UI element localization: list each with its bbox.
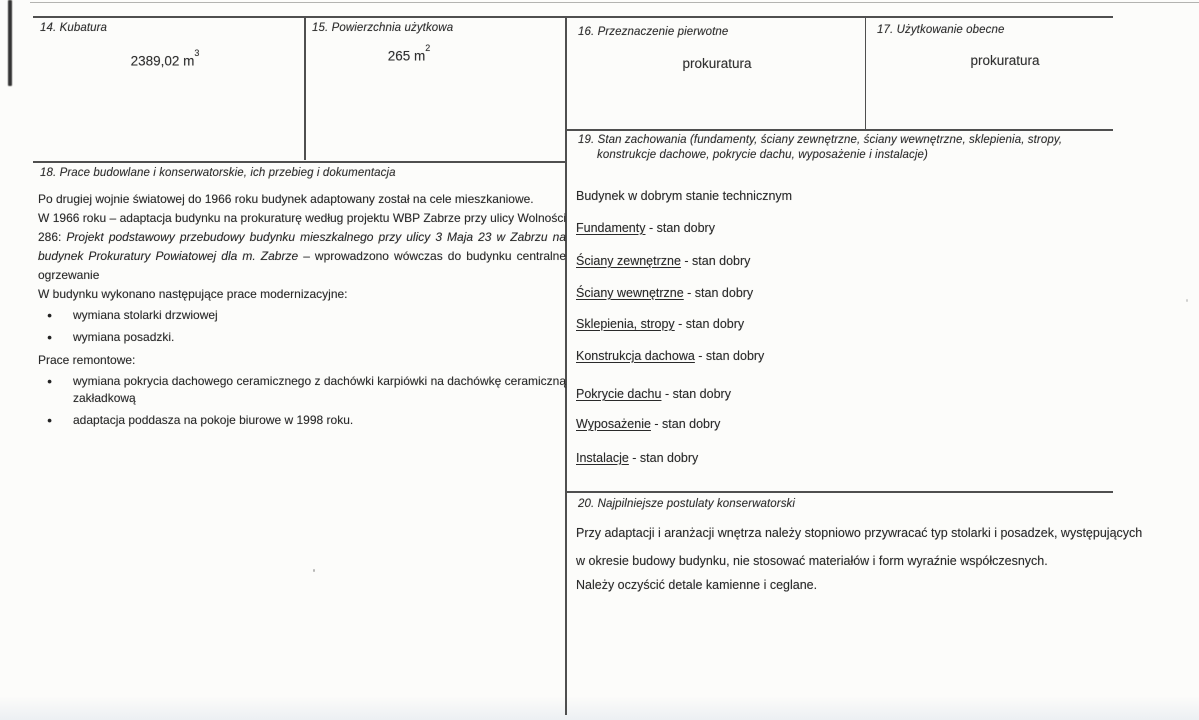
row-top-line [33, 16, 1113, 18]
bullet-icon: ● [47, 307, 59, 324]
condition-term: Fundamenty [576, 221, 645, 235]
condition-value: - stan dobry [681, 254, 750, 268]
field15-value: 265 m2 [344, 47, 474, 64]
condition-value: - stan dobry [675, 317, 744, 331]
condition-term: Wyposażenie [576, 417, 651, 431]
condition-term: Pokrycie dachu [576, 387, 661, 401]
field18-body: Po drugiej wojnie światowej do 1966 roku… [38, 190, 566, 434]
list-item-text: wymiana stolarki drzwiowej [73, 307, 566, 324]
condition-item: Konstrukcja dachowa - stan dobry [576, 349, 764, 363]
field16-label: 16. Przeznaczenie pierwotne [578, 26, 728, 38]
field20-label: 20. Najpilniejsze postulaty konserwators… [578, 498, 795, 510]
condition-term: Sklepienia, stropy [576, 317, 675, 331]
condition-item: Instalacje - stan dobry [576, 451, 698, 465]
field19-label-line1: 19. Stan zachowania (fundamenty, ściany … [578, 134, 1062, 146]
scan-page-bottom-shadow [0, 696, 1199, 720]
field19-top-line [567, 129, 1113, 131]
field15-value-sup: 2 [425, 43, 430, 53]
list-item-text: wymiana posadzki. [73, 329, 566, 346]
field20-line1: Przy adaptacji i aranżacji wnętrza należ… [576, 526, 1142, 540]
scan-speck [313, 569, 315, 572]
field15-label: 15. Powierzchnia użytkowa [312, 22, 453, 34]
scan-edge-artifact [8, 0, 12, 86]
field19-intro: Budynek w dobrym stanie technicznym [576, 189, 792, 203]
condition-value: - stan dobry [651, 417, 720, 431]
field18-paragraph-2: W 1966 roku – adaptacja budynku na proku… [38, 209, 566, 285]
field18-paragraph-1: Po drugiej wojnie światowej do 1966 roku… [38, 190, 566, 209]
field17-value: prokuratura [940, 53, 1070, 68]
heritage-record-card-page: 14. Kubatura 2389,02 m3 15. Powierzchnia… [0, 0, 1199, 720]
field16-value: prokuratura [652, 56, 782, 71]
condition-value: - stan dobry [684, 286, 753, 300]
condition-value: - stan dobry [645, 221, 714, 235]
field14-value-text: 2389,02 m [131, 54, 195, 69]
condition-item: Ściany wewnętrzne - stan dobry [576, 286, 753, 300]
condition-item: Ściany zewnętrzne - stan dobry [576, 254, 750, 268]
scan-speck [1186, 299, 1188, 302]
divider-14-15 [304, 17, 306, 160]
field20-line3: Należy oczyścić detale kamienne i ceglan… [576, 578, 817, 592]
condition-value: - stan dobry [629, 451, 698, 465]
bullet-icon: ● [47, 412, 59, 429]
list-item: ● wymiana stolarki drzwiowej [38, 307, 566, 324]
condition-term: Instalacje [576, 451, 629, 465]
field18-paragraph-3: W budynku wykonano następujące prace mod… [38, 285, 566, 304]
list-item: ● wymiana posadzki. [38, 329, 566, 346]
condition-value: - stan dobry [695, 349, 764, 363]
condition-term: Ściany wewnętrzne [576, 286, 684, 300]
field20-top-line [567, 491, 1113, 493]
renovation-works-list: ● wymiana pokrycia dachowego ceramiczneg… [38, 373, 566, 429]
condition-item: Wyposażenie - stan dobry [576, 417, 720, 431]
field19-label-line2: konstrukcje dachowe, pokrycie dachu, wyp… [597, 149, 928, 161]
list-item: ● adaptacja poddasza na pokoje biurowe w… [38, 412, 566, 429]
field17-label: 17. Użytkowanie obecne [877, 24, 1005, 36]
condition-value: - stan dobry [661, 387, 730, 401]
field18-paragraph-4: Prace remontowe: [38, 351, 566, 370]
bullet-icon: ● [47, 329, 59, 346]
field15-value-text: 265 m [388, 49, 426, 64]
field14-value: 2389,02 m3 [100, 52, 230, 69]
field18-top-line [33, 161, 566, 163]
field20-line2: w okresie budowy budynku, nie stosować m… [576, 554, 1048, 568]
condition-item: Sklepienia, stropy - stan dobry [576, 317, 744, 331]
field14-label: 14. Kubatura [40, 22, 107, 34]
list-item-text: wymiana pokrycia dachowego ceramicznego … [73, 373, 566, 407]
condition-item: Fundamenty - stan dobry [576, 221, 715, 235]
modernization-works-list: ● wymiana stolarki drzwiowej ● wymiana p… [38, 307, 566, 346]
condition-item: Pokrycie dachu - stan dobry [576, 387, 731, 401]
list-item: ● wymiana pokrycia dachowego ceramiczneg… [38, 373, 566, 407]
field14-value-sup: 3 [194, 48, 199, 58]
list-item-text: adaptacja poddasza na pokoje biurowe w 1… [73, 412, 566, 429]
field18-label: 18. Prace budowlane i konserwatorskie, i… [40, 167, 396, 179]
top-edge-line [30, 2, 1199, 3]
bullet-icon: ● [47, 373, 59, 407]
condition-term: Konstrukcja dachowa [576, 349, 695, 363]
condition-term: Ściany zewnętrzne [576, 254, 681, 268]
divider-16-17 [865, 17, 866, 130]
